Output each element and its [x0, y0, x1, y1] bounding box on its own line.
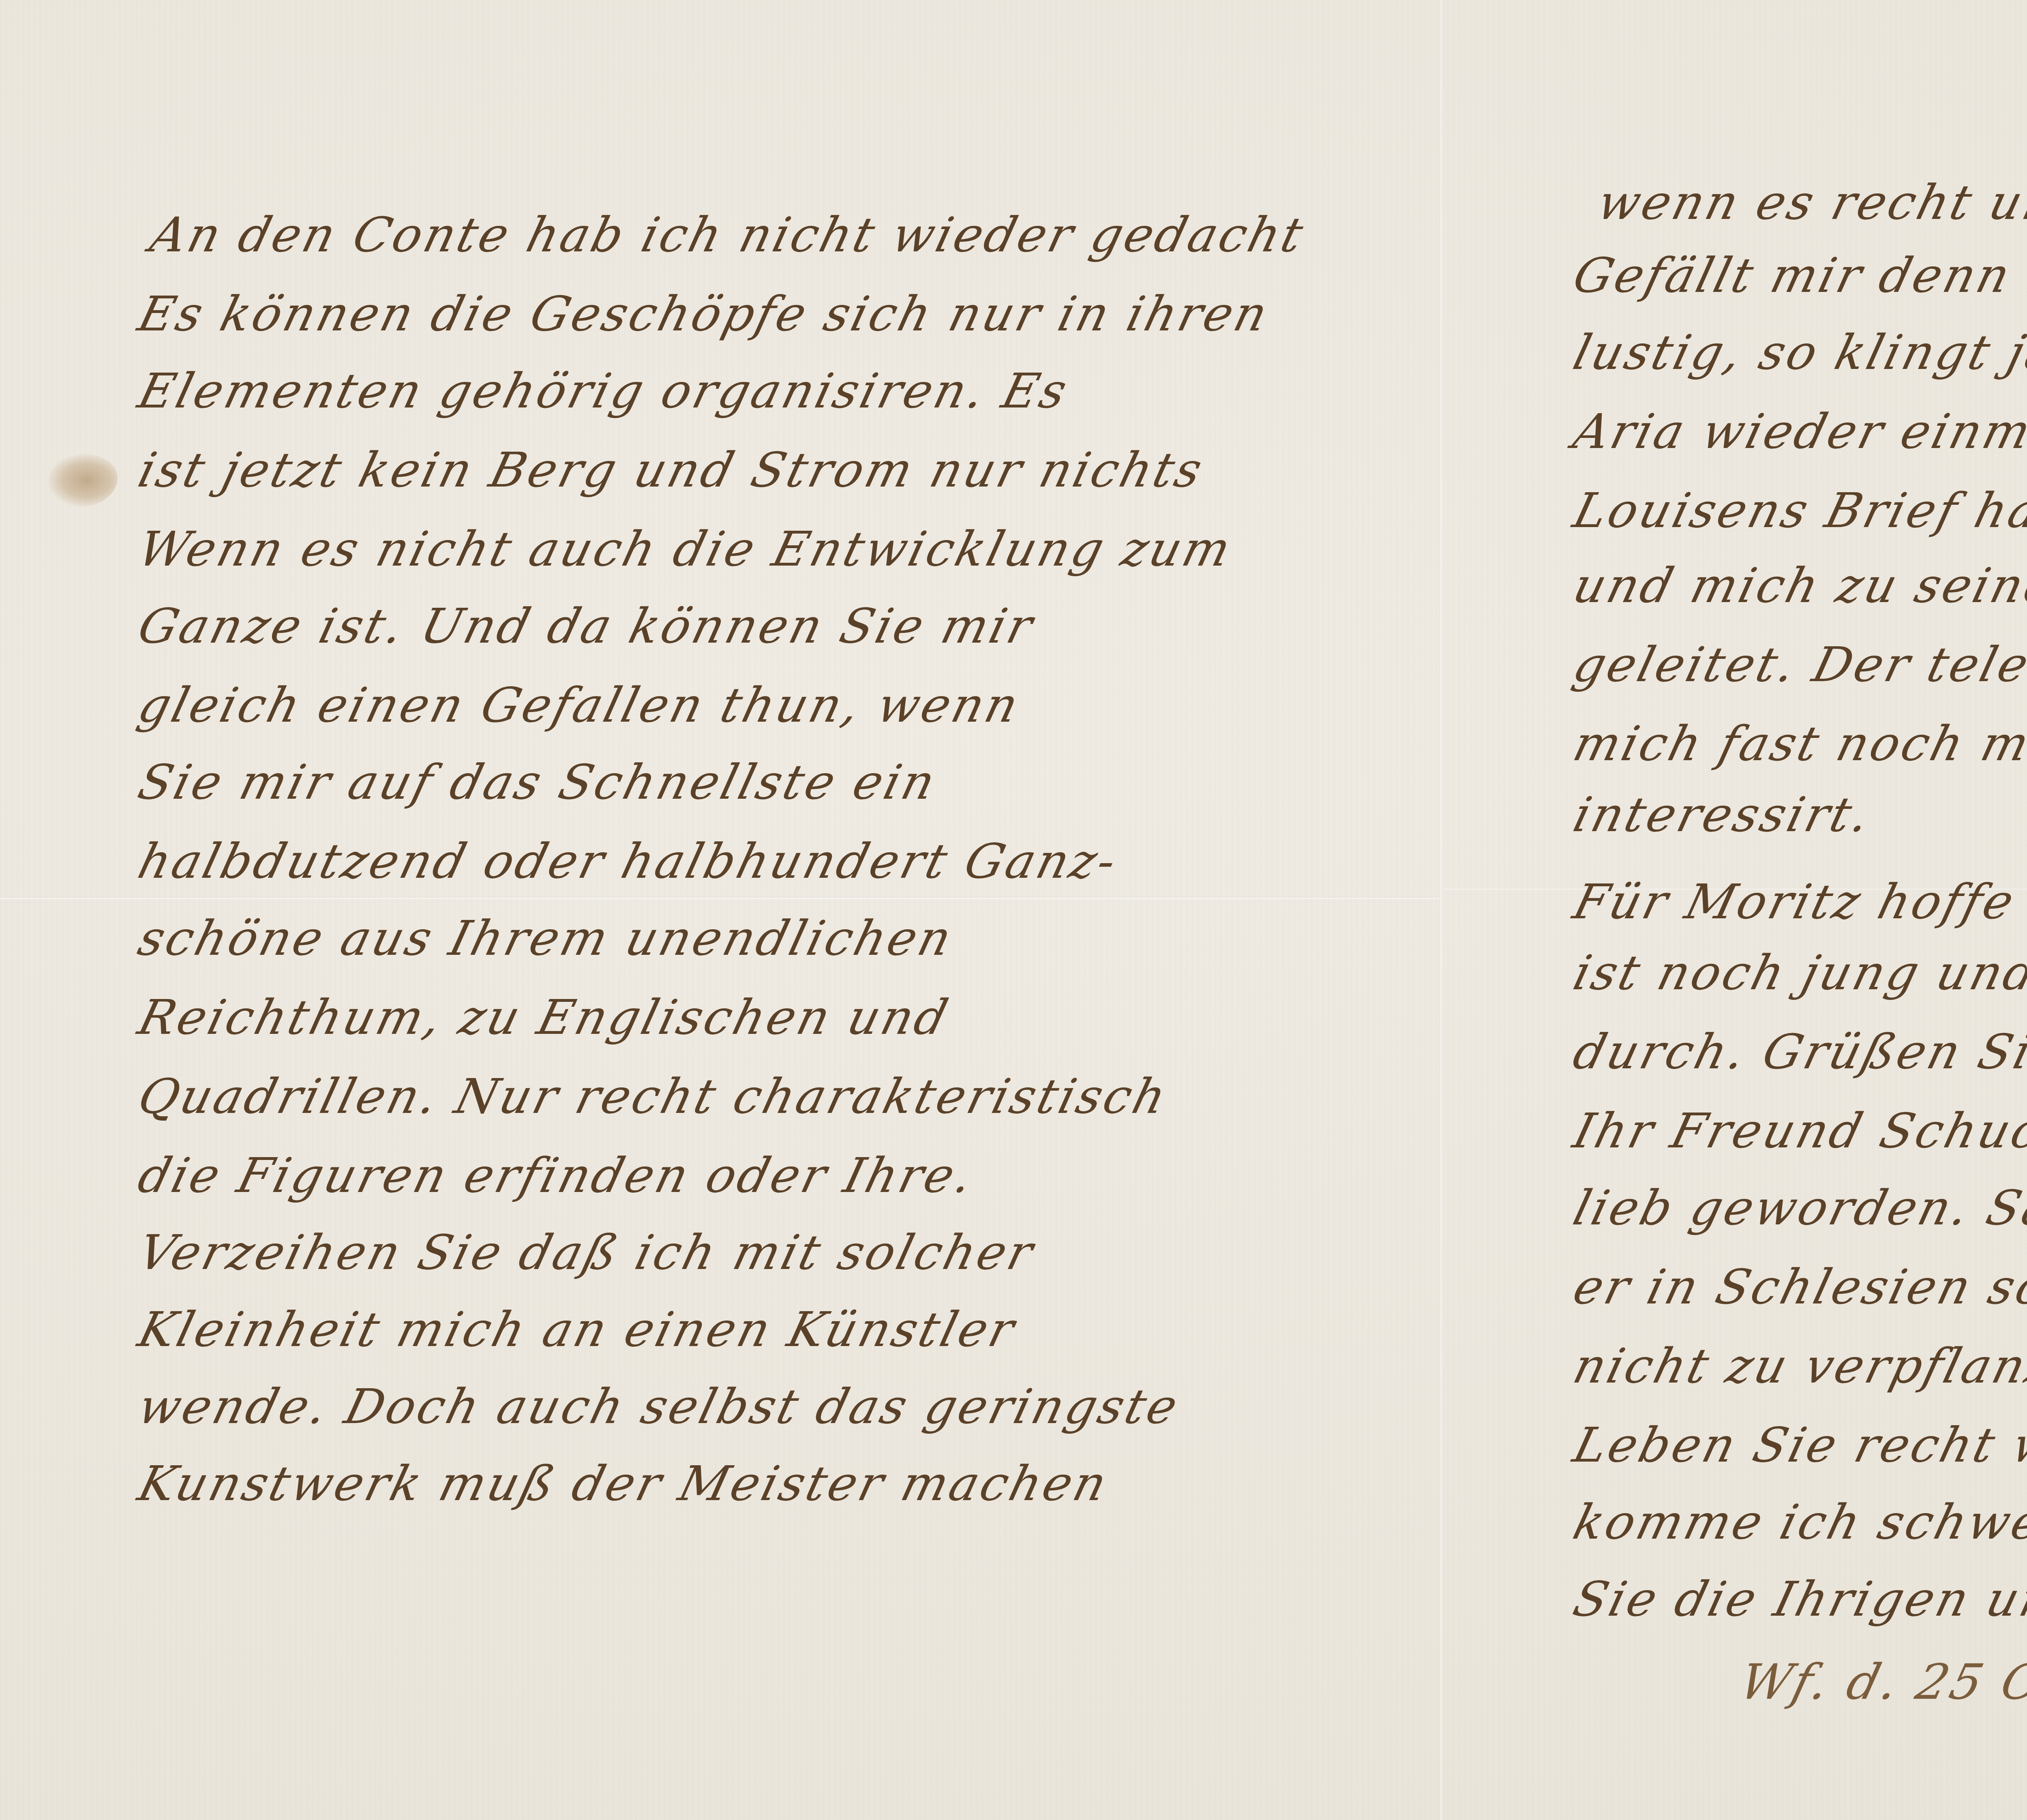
handwritten-line: Kunstwerk muß der Meister machen: [134, 1460, 1114, 1507]
handwritten-line: die Figuren erfinden oder Ihre.: [134, 1151, 979, 1199]
handwritten-line: nicht zu verpflanzen wäre?: [1569, 1342, 2027, 1390]
handwritten-line: Es können die Geschöpfe sich nur in ihre…: [134, 290, 1274, 338]
horizontal-fold-left: [0, 897, 1439, 900]
handwritten-line: wenn es recht und schlecht werden soll.: [1593, 178, 2027, 226]
handwritten-line: gleich einen Gefallen thun, wenn: [134, 681, 1025, 729]
handwritten-line: Sie die Ihrigen und lieben mich.: [1569, 1575, 2027, 1623]
handwritten-line: mich fast noch mehr als der ästhetische: [1569, 720, 2027, 767]
handwritten-line: Leben Sie recht wohl. Diesen Winter: [1569, 1421, 2027, 1469]
handwritten-line: Louisens Brief hat mich sehr gefreut: [1569, 487, 2027, 534]
handwritten-line: Kleinheit mich an einen Künstler: [134, 1306, 1021, 1353]
handwritten-line: Für Moritz hoffe ich noch immer, er: [1569, 878, 2027, 926]
handwritten-line: wende. Doch auch selbst das geringste: [134, 1383, 1185, 1430]
center-fold: [1439, 0, 1443, 1820]
handwritten-line: Elementen gehörig organisiren. Es: [134, 367, 1074, 415]
handwritten-line: ist noch jung und steckt sich selbst: [1569, 949, 2027, 997]
handwritten-line: halbdutzend oder halbhundert Ganz-: [134, 837, 1123, 885]
handwritten-line: schöne aus Ihrem unendlichen: [134, 914, 958, 962]
handwritten-line: interessirt.: [1569, 791, 1877, 838]
handwritten-line: komme ich schwerlich nach Berlin. Grüßen: [1569, 1498, 2027, 1546]
handwritten-line: durch. Grüßen Sie ihn herzlich.: [1569, 1028, 2027, 1076]
handwritten-line: lieb geworden. Sagen Sie mir: liegt: [1569, 1184, 2027, 1232]
handwritten-line: Reichthum, zu Englischen und: [134, 993, 955, 1041]
handwritten-line: Gefällt mir denn im Ganzen und Lieben: [1569, 251, 2027, 299]
handwritten-line: An den Conte hab ich nicht wieder gedach…: [146, 211, 1310, 259]
handwritten-line: Ganze ist. Und da können Sie mir: [134, 602, 1039, 650]
handwritten-line: Aria wieder einmal an.: [1569, 407, 2027, 455]
handwritten-line: ist jetzt kein Berg und Strom nur nichts: [134, 446, 1209, 494]
handwritten-line: Verzeihen Sie daß ich mit solcher: [134, 1228, 1040, 1276]
handwritten-line: Sie mir auf das Schnellste ein: [134, 758, 942, 806]
handwritten-line: Wenn es nicht auch die Entwicklung zum: [134, 525, 1237, 573]
handwritten-line: geleitet. Der teleologische Theil hat: [1569, 641, 2027, 688]
date-line: Wf. d. 25 O. 90.: [1735, 1658, 2027, 1707]
handwritten-line: und mich zu seinem früheren Briefen: [1569, 562, 2027, 609]
handwritten-line: lustig, so klingt ja etwas auch eine: [1569, 328, 2027, 376]
handwritten-line: Ihr Freund Schuckmann ist mir sehr: [1569, 1107, 2027, 1155]
handwritten-line: Quadrillen. Nur recht charakteristisch: [134, 1072, 1173, 1120]
handwritten-line: er in Schlesien so fest daß er gar: [1569, 1263, 2027, 1311]
